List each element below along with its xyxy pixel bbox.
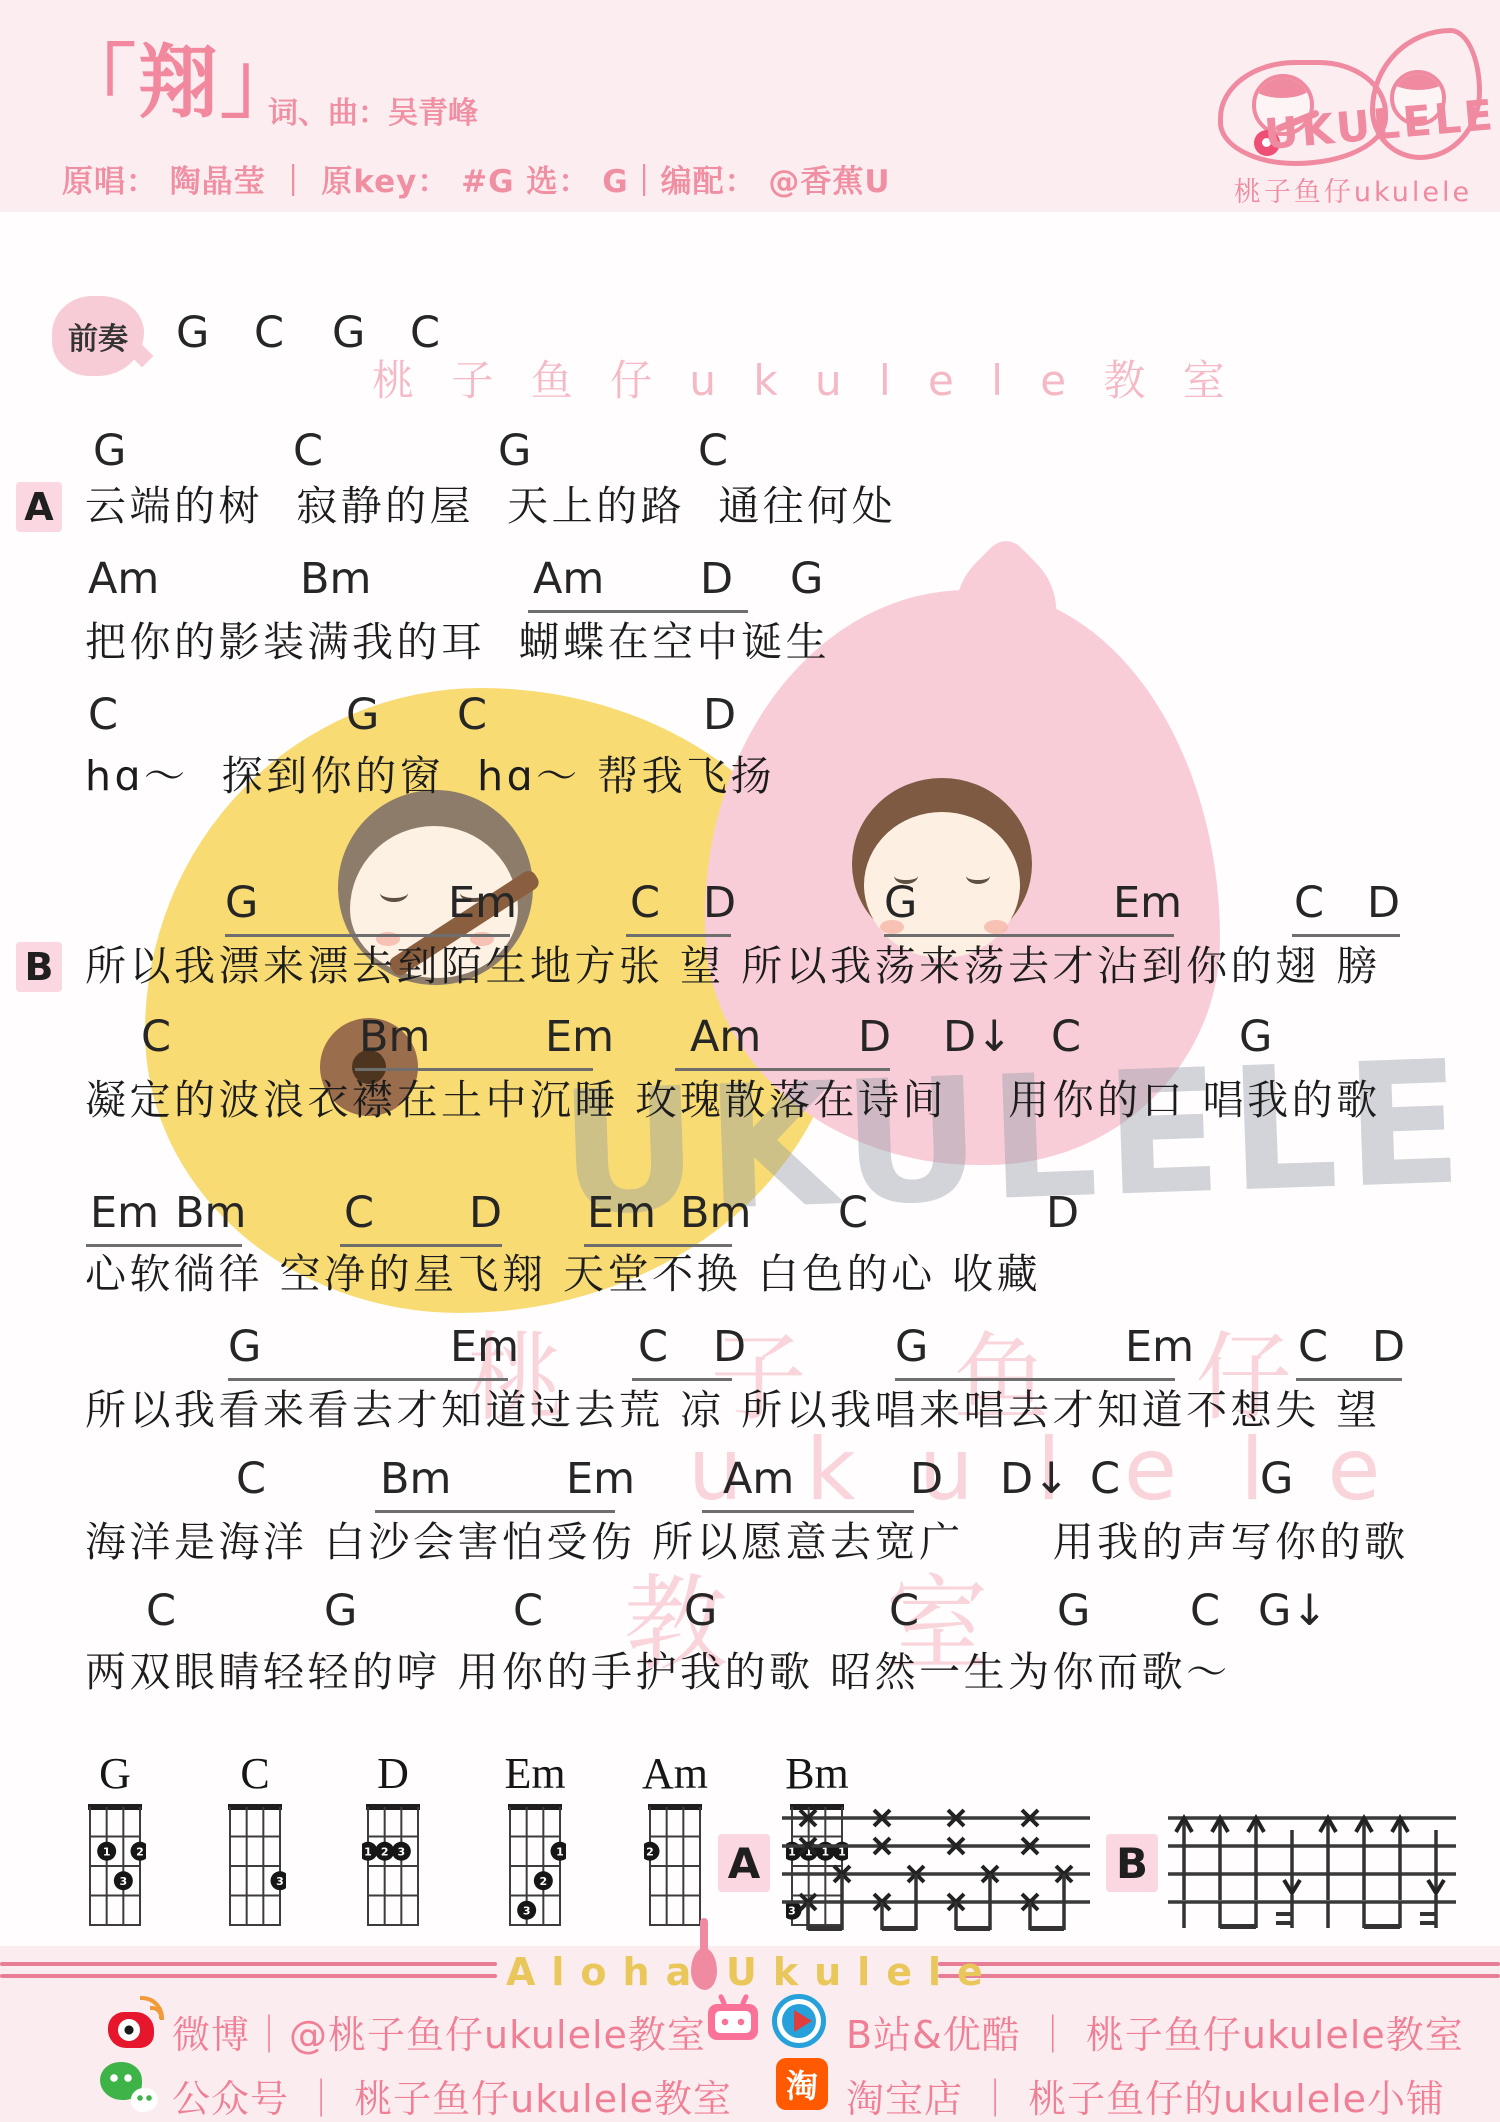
footer-link-text: 淘宝店 ｜ 桃子鱼仔的ukulele小铺 <box>846 2068 1445 2122</box>
footer-social-links: 微博｜@桃子鱼仔ukulele教室公众号 ｜ 桃子鱼仔ukulele教室B站&优… <box>0 0 1500 2122</box>
bili-icon <box>706 1994 762 2042</box>
footer-link-text: 公众号 ｜ 桃子鱼仔ukulele教室 <box>172 2068 732 2122</box>
play-icon <box>772 1994 826 2048</box>
footer-link-text: B站&优酷 ｜ 桃子鱼仔ukulele教室 <box>846 2004 1464 2059</box>
ukulele-chord-sheet: 桃 子 鱼 仔 u k u l e l e 教 室 UKULELE 桃 子 鱼 … <box>0 0 1500 2122</box>
wechat-icon <box>100 2060 158 2112</box>
footer-link-text: 微博｜@桃子鱼仔ukulele教室 <box>172 2004 706 2059</box>
weibo-icon <box>108 1996 166 2050</box>
taobao-icon: 淘 <box>776 2058 828 2110</box>
